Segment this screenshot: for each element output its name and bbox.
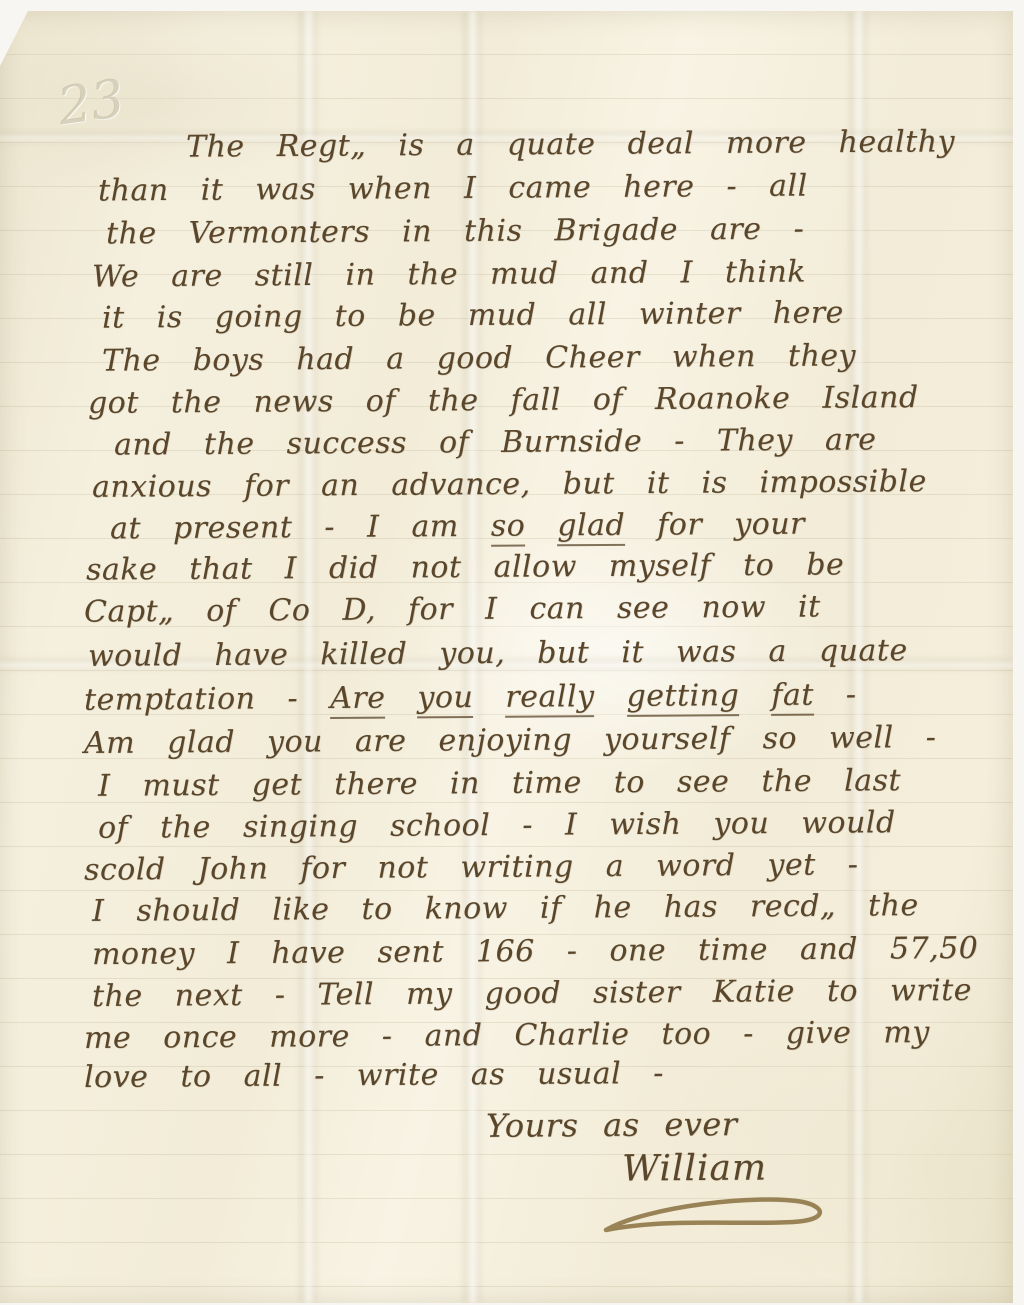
letter-text: got the news of the fall of Roanoke Isla… <box>88 380 919 421</box>
letter-line: it is going to be mud all winter here <box>102 295 844 335</box>
letter-text: The boys had a good Cheer when they <box>102 338 856 378</box>
letter-text <box>739 678 771 713</box>
letter-text: I must get there in time to see the last <box>98 763 901 804</box>
letter-text <box>385 680 417 715</box>
signature-flourish <box>598 1192 838 1242</box>
letter-line: I must get there in time to see the last <box>98 763 901 804</box>
letter-line: would have killed you, but it was a quat… <box>88 633 908 674</box>
underlined-word: glad <box>557 508 625 546</box>
letter-text: temptation - <box>84 681 330 718</box>
underlined-word: really <box>505 679 594 718</box>
letter-line: scold John for not writing a word yet - <box>84 847 859 887</box>
letter-text <box>594 679 626 714</box>
letter-line: anxious for an advance, but it is imposs… <box>92 464 927 505</box>
letter-text: and the success of Burnside - They are <box>114 422 877 462</box>
letter-text: sake that I did not allow myself to be <box>86 547 844 587</box>
letter-text: it is going to be mud all winter here <box>102 295 844 335</box>
letter-text: of the singing school - I wish you would <box>98 805 896 846</box>
letter-line: sake that I did not allow myself to be <box>86 547 844 587</box>
letter-line: me once more - and Charlie too - give my <box>84 1015 930 1056</box>
letter-text: Capt„ of Co D, for I can see now it <box>84 589 821 629</box>
letter-line: at present - I am so glad for your <box>110 507 805 547</box>
underlined-word: Are <box>330 681 386 719</box>
letter-line: love to all - write as usual - <box>84 1056 664 1095</box>
signature: William <box>622 1147 767 1189</box>
letter-text: Am glad you are enjoying yourself so wel… <box>84 720 937 761</box>
letter-line: of the singing school - I wish you would <box>98 805 896 846</box>
letter-line: Capt„ of Co D, for I can see now it <box>84 589 821 629</box>
letter-text <box>473 680 505 715</box>
letter-text: the Vermonters in this Brigade are - <box>106 212 804 252</box>
letter-line: The Regt„ is a quate deal more healthy <box>186 124 955 164</box>
letter-line: We are still in the mud and I think <box>92 255 806 295</box>
letter-text: The Regt„ is a quate deal more healthy <box>186 124 955 164</box>
letter-text: We are still in the mud and I think <box>92 255 806 295</box>
valediction: Yours as ever <box>486 1105 738 1145</box>
letter-text: - <box>814 677 857 712</box>
underlined-word: fat <box>771 678 814 716</box>
letter-text: scold John for not writing a word yet - <box>84 847 859 887</box>
letter-line: than it was when I came here - all <box>98 169 808 209</box>
letter-text: money I have sent 166 - one time and 57,… <box>92 931 979 972</box>
letter-line: The boys had a good Cheer when they <box>102 338 856 378</box>
letter-line: the next - Tell my good sister Katie to … <box>92 973 972 1014</box>
letter-line: temptation - Are you really getting fat … <box>84 677 857 717</box>
letter-scan: 23 The Regt„ is a quate deal more health… <box>0 0 1024 1305</box>
letter-line: I should like to know if he has recd„ th… <box>92 888 919 929</box>
letter-text: I should like to know if he has recd„ th… <box>92 888 919 929</box>
letter-text <box>525 508 557 543</box>
letter-line: the Vermonters in this Brigade are - <box>106 212 804 252</box>
letter-line: and the success of Burnside - They are <box>114 422 877 462</box>
underlined-word: you <box>417 680 473 718</box>
letter-text: than it was when I came here - all <box>98 169 808 209</box>
letter-text: at present - I am <box>110 509 491 547</box>
letter-text: me once more - and Charlie too - give my <box>84 1015 930 1056</box>
underlined-word: so <box>491 509 526 547</box>
underlined-word: getting <box>626 678 739 717</box>
letter-text: anxious for an advance, but it is imposs… <box>92 464 927 505</box>
letter-text: the next - Tell my good sister Katie to … <box>92 973 972 1014</box>
letter-text: would have killed you, but it was a quat… <box>88 633 908 674</box>
letter-text: for your <box>625 507 805 543</box>
letter-line: Am glad you are enjoying yourself so wel… <box>84 720 937 761</box>
embossed-corner-mark: 23 <box>54 69 128 138</box>
letter-line: money I have sent 166 - one time and 57,… <box>92 931 979 972</box>
letter-text: love to all - write as usual - <box>84 1056 664 1095</box>
letter-line: got the news of the fall of Roanoke Isla… <box>88 380 919 421</box>
